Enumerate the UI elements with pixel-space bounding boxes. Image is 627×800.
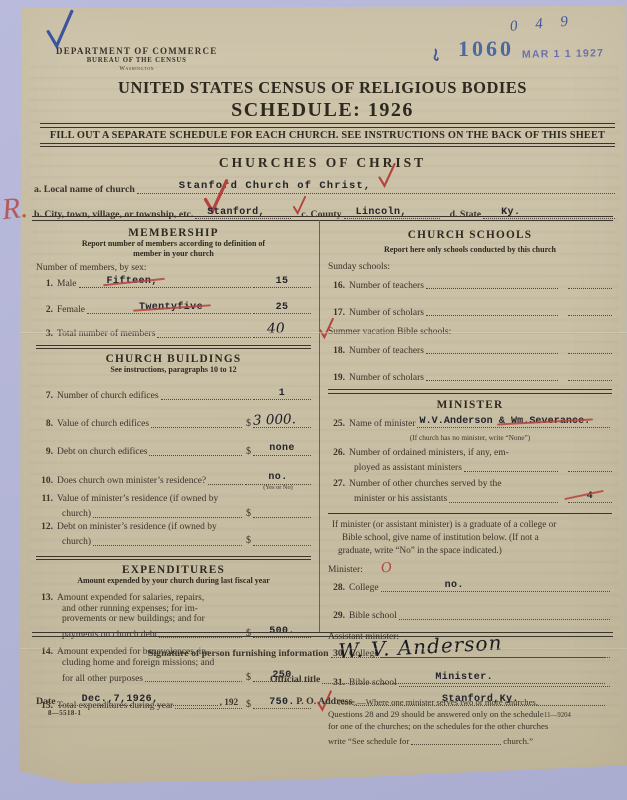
graduate-instructions-line2: Bible school, give name of institution b… [328, 531, 612, 544]
row-female: 2. Female Twentyfive 25 [36, 301, 311, 316]
row-number: 10. [36, 476, 57, 487]
row-label: Female [57, 305, 85, 316]
date-address-row: Date Dec.,7,1926, , 192 P. O. Address St… [36, 694, 607, 708]
left-column: MEMBERSHIP Report number of members acco… [32, 220, 320, 632]
graduate-instructions-line1: If minister (or assistant minister) is a… [328, 518, 612, 531]
dollar-sign: $ [246, 535, 251, 546]
edifice-debt-field [149, 444, 242, 456]
note-blank-field [411, 733, 501, 745]
struck-text: & Wm.Severance. [499, 416, 591, 427]
row-minister-name: 25. Name of minister W.V.Anderson & Wm.S… [328, 416, 612, 430]
row-minister-bible-school: 29. Bible school [328, 608, 612, 622]
sunday-teachers-field [426, 277, 558, 289]
row-residence-value: 11.Value of minister’s residence (if own… [36, 494, 311, 520]
minister-title: MINISTER [328, 399, 612, 411]
agency-block: DEPARTMENT OF COMMERCE BUREAU OF THE CEN… [56, 46, 217, 73]
row-edifice-debt: 9. Debt on church edifices $ none [36, 443, 311, 458]
po-address-label: P. O. Address [296, 697, 352, 708]
form-body-columns: MEMBERSHIP Report number of members acco… [32, 220, 614, 632]
banner-text: FILL OUT A SEPARATE SCHEDULE FOR EACH CH… [40, 128, 615, 143]
male-count: 15 [253, 276, 311, 287]
row-label: Bible school [349, 611, 397, 622]
local-name-label: a. Local name of church [34, 185, 135, 196]
row-label-cont: ployed as assistant ministers [354, 463, 462, 474]
date-value: Dec.,7,1926, [82, 694, 159, 705]
female-typed-value: Twentyfive [139, 302, 203, 313]
membership-intro: Number of members, by sex: [36, 263, 311, 273]
row-label-cont: provements or new buildings; and for [36, 614, 311, 625]
row-number: 2. [36, 305, 57, 316]
row-number: 3. [36, 329, 57, 340]
official-title-field: Minister. [322, 672, 605, 684]
row-label-cont: church) [62, 537, 91, 548]
po-address-value: Stanford,Ky. [442, 694, 519, 705]
row-label: Number of other churches served by the [349, 479, 501, 489]
row-number: 28. [328, 583, 349, 594]
total-members-answer: 40 [253, 325, 311, 338]
signature-row: Signature of person furnishing informati… [148, 646, 607, 660]
residence-value-field [93, 506, 242, 518]
row-label: Value of church edifices [57, 419, 149, 430]
membership-subtitle-line2: member in your church [133, 249, 214, 258]
instruction-banner: FILL OUT A SEPARATE SCHEDULE FOR EACH CH… [40, 123, 615, 147]
minister-label: Minister: [328, 565, 363, 575]
row-ordained-ministers: 26.Number of ordained ministers, if any,… [328, 448, 612, 474]
divider [32, 632, 613, 637]
other-churches-count: 4 [568, 491, 612, 502]
row-label-cont: minister or his assistants [354, 494, 447, 505]
row-number: 18. [328, 346, 349, 357]
edifices-count: 1 [253, 388, 311, 399]
female-count: 25 [253, 302, 311, 313]
right-column: CHURCH SCHOOLS Report here only schools … [320, 220, 614, 632]
note-line3: for one of the churches; on the schedule… [328, 720, 612, 732]
row-label: Total number of members [57, 329, 155, 340]
residence-debt-field [93, 534, 242, 546]
sunday-scholars-field [426, 304, 558, 316]
edifice-debt-value: none [253, 443, 311, 454]
male-typed-value: Fifteen, [107, 276, 158, 287]
row-residence-debt: 12.Debt on minister’s residence (if owne… [36, 522, 311, 548]
membership-subtitle-line1: Report number of members according to de… [82, 239, 265, 248]
dollar-sign: $ [246, 672, 251, 683]
female-field: Twentyfive [87, 302, 251, 314]
print-code: 11—9204 [544, 712, 571, 719]
membership-subtitle: Report number of members according to de… [36, 239, 311, 260]
red-annotation-O: O [380, 559, 393, 577]
ordained-ministers-field [464, 460, 558, 472]
own-residence-answer: no. (Yes or No) [245, 472, 311, 485]
row-label-cont: for all other purposes [62, 674, 143, 685]
row-number: 12. [36, 522, 57, 533]
row-label: College [349, 583, 379, 594]
row-label: Number of teachers [349, 281, 424, 292]
schools-title: CHURCH SCHOOLS [328, 229, 612, 241]
stamp-cluster: 1060 0 4 9 MAR 1 1 1927 [426, 14, 626, 74]
row-number: 26. [328, 448, 349, 459]
row-number: 7. [36, 391, 57, 402]
row-number: 16. [328, 281, 349, 292]
total-members-count: 40 [267, 322, 285, 338]
other-churches-answer: 4 [568, 490, 612, 503]
own-residence-field [208, 473, 243, 485]
row-minister-college: 28. College no. [328, 580, 612, 594]
summer-teachers-answer [568, 341, 612, 354]
bureau-city: Washington [56, 66, 217, 73]
form-subtitle: SCHEDULE: 1926 [18, 99, 627, 122]
divider [36, 556, 311, 561]
sunday-scholars-answer [568, 303, 612, 316]
received-number-stamp: 1060 [458, 36, 514, 62]
census-form-paper: DEPARTMENT OF COMMERCE BUREAU OF THE CEN… [18, 6, 627, 784]
row-sunday-scholars: 17. Number of scholars [328, 303, 612, 318]
divider [328, 389, 612, 394]
minister-bible-school-field [399, 608, 610, 620]
row-label-cont: church) [62, 509, 91, 520]
row-total-members: 3. Total number of members 40 [36, 325, 311, 340]
minister-name-struck: & Wm.Severance. [499, 416, 591, 427]
graduate-instructions-line3: graduate, write “No” in the space indica… [328, 544, 612, 557]
row-number: 19. [328, 373, 349, 384]
row-number: 17. [328, 308, 349, 319]
other-churches-field [449, 491, 558, 503]
row-other-churches: 27.Number of other churches served by th… [328, 479, 612, 505]
buildings-subtitle: See instructions, paragraphs 10 to 12 [36, 365, 311, 375]
yes-or-no-note: (Yes or No) [245, 484, 311, 491]
note-line4-pre: write “See schedule for [328, 737, 409, 747]
bureau-name: BUREAU OF THE CENSUS [56, 57, 217, 65]
date-year-suffix: , 192 [220, 698, 239, 708]
row-number: 8. [36, 419, 57, 430]
row-male: 1. Male Fifteen, 15 [36, 275, 311, 290]
blue-ink-mark-icon [432, 48, 440, 62]
local-name-line: a. Local name of church Stanford Church … [34, 182, 617, 196]
row-summer-teachers: 18. Number of teachers [328, 341, 612, 356]
benevolence-expense-field [145, 670, 242, 682]
minister-section-label: Minister: O [328, 560, 612, 577]
handwritten-digits: 0 4 9 [509, 13, 575, 36]
row-summer-scholars: 19. Number of scholars [328, 368, 612, 383]
row-edifices: 7. Number of church edifices 1 [36, 387, 311, 402]
edifice-value: 3 000. [253, 412, 296, 429]
sunday-schools-label: Sunday schools: [328, 262, 612, 272]
row-own-residence: 10. Does church own minister’s residence… [36, 472, 311, 487]
summer-scholars-answer [568, 368, 612, 381]
female-answer: 25 [253, 301, 311, 314]
total-members-field [157, 326, 251, 338]
row-number: 29. [328, 611, 349, 622]
edifice-value-answer: 3 000. [253, 415, 311, 428]
row-label: Debt on church edifices [57, 447, 147, 458]
buildings-title: CHURCH BUILDINGS [36, 353, 311, 365]
ordained-ministers-answer [568, 459, 612, 472]
dollar-sign: $ [246, 508, 251, 519]
row-edifice-value: 8. Value of church edifices $ 3 000. [36, 415, 311, 430]
signature-field: W. V. Anderson [331, 646, 605, 658]
dollar-sign: $ [246, 446, 251, 457]
edifices-answer: 1 [253, 387, 311, 400]
row-number: 27. [328, 479, 349, 490]
local-name-field: Stanford Church of Christ, [137, 182, 615, 194]
row-label: Number of ordained ministers, if any, em… [349, 448, 509, 458]
minister-name-field: W.V.Anderson & Wm.Severance. [417, 416, 610, 428]
row-label: Male [57, 279, 77, 290]
membership-title: MEMBERSHIP [36, 227, 311, 239]
local-name-value: Stanford Church of Christ, [179, 181, 371, 193]
minister-college-value: no. [445, 580, 464, 591]
male-field: Fifteen, [79, 276, 251, 288]
row-label: Number of teachers [349, 346, 424, 357]
row-number: 11. [36, 494, 57, 505]
row-label: Does church own minister’s residence? [57, 476, 206, 487]
minister-name-value: W.V.Anderson [419, 416, 498, 427]
row-label: Number of church edifices [57, 391, 159, 402]
male-answer: 15 [253, 275, 311, 288]
summer-scholars-field [426, 369, 558, 381]
expenditures-title: EXPENDITURES [36, 564, 311, 576]
divider [328, 513, 612, 514]
received-date-stamp: MAR 1 1 1927 [522, 47, 604, 60]
own-residence-value: no. [245, 472, 311, 483]
summer-teachers-field [426, 342, 558, 354]
po-address-field: Stanford,Ky. [354, 694, 605, 706]
divider [40, 143, 615, 148]
sunday-teachers-answer [568, 276, 612, 289]
date-field: Dec.,7,1926, [58, 694, 218, 706]
row-label-cont: and other running expenses; for im- [36, 604, 311, 615]
row-label: Value of minister’s residence (if owned … [57, 494, 218, 504]
row-sunday-teachers: 16. Number of teachers [328, 276, 612, 291]
form-number: 8—5518-1 [48, 710, 81, 717]
edifice-value-field [151, 416, 242, 428]
minister-college-field: no. [381, 580, 610, 592]
row-label: Amount expended for salaries, repairs, [57, 593, 204, 603]
signature-label: Signature of person furnishing informati… [148, 649, 329, 660]
date-label: Date [36, 697, 56, 708]
row-label: Debt on minister’s residence (if owned b… [57, 522, 217, 532]
denomination-title: CHURCHES OF CHRIST [18, 155, 627, 171]
note-line4-post: church.” [503, 737, 533, 747]
row-number: 25. [328, 419, 349, 430]
row-number: 14. [36, 647, 57, 658]
row-label: Name of minister [349, 419, 415, 430]
edifice-debt-answer: none [253, 443, 311, 456]
residence-debt-answer [253, 533, 311, 546]
residence-value-answer [253, 505, 311, 518]
form-title: UNITED STATES CENSUS OF RELIGIOUS BODIES [18, 78, 627, 98]
official-title-row: Official title Minister. [270, 672, 607, 686]
official-title-label: Official title [270, 675, 320, 686]
blue-checkmark-icon [44, 8, 76, 50]
edifices-field [161, 388, 251, 400]
no-minister-note: (If church has no minister, write “None”… [328, 433, 612, 442]
divider [36, 345, 311, 350]
row-label: Number of scholars [349, 373, 424, 384]
summer-schools-label: Summer vacation Bible schools: [328, 327, 612, 337]
department-name: DEPARTMENT OF COMMERCE [56, 46, 217, 57]
row-number: 13. [36, 593, 57, 604]
row-label: Number of scholars [349, 308, 424, 319]
expenditures-subtitle: Amount expended by your church during la… [36, 576, 311, 586]
scanned-census-form-page: { "header": { "department": "DEPARTMENT … [0, 0, 627, 800]
row-number: 9. [36, 447, 57, 458]
schools-subtitle: Report here only schools conducted by th… [328, 245, 612, 255]
row-number: 1. [36, 279, 57, 290]
official-title-value: Minister. [435, 672, 493, 683]
dollar-sign: $ [246, 418, 251, 429]
